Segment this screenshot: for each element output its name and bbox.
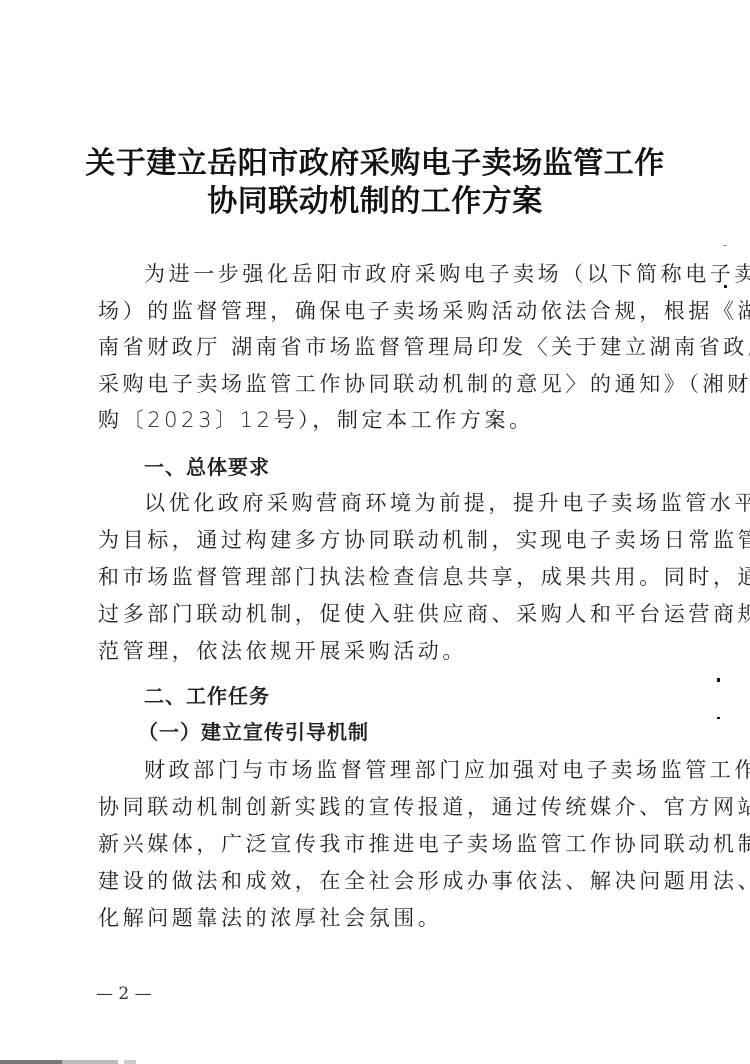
section-1-heading: 一、总体要求: [144, 451, 704, 480]
section-1-line-1: 以优化政府采购营商环境为前提，提升电子卖场监管水平: [144, 487, 704, 517]
section-2-heading: 二、工作任务: [144, 680, 704, 709]
subsection-1-heading: （一）建立宣传引导机制: [138, 716, 698, 745]
scan-mark: [724, 285, 727, 288]
intro-line-1: 为进一步强化岳阳市政府采购电子卖场（以下简称电子卖: [144, 258, 704, 288]
intro-line-3: 南省财政厅 湖南省市场监督管理局印发〈关于建立湖南省政府: [98, 331, 658, 361]
scan-edge-strip: [62, 1060, 118, 1064]
scan-mark: [723, 245, 727, 246]
subsection-1-line-2: 协同联动机制创新实践的宣传报道，通过传统媒介、官方网站、: [98, 791, 658, 821]
subsection-1-line-1: 财政部门与市场监督管理部门应加强对电子卖场监管工作: [144, 754, 704, 784]
section-1-line-3: 和市场监督管理部门执法检查信息共享，成果共用。同时，通: [98, 561, 658, 591]
page-number: — 2 —: [96, 984, 152, 1004]
intro-line-2: 场）的监督管理，确保电子卖场采购活动依法合规，根据《湖: [98, 295, 658, 325]
document-title-line-2: 协同联动机制的工作方案: [0, 176, 750, 220]
intro-line-4: 采购电子卖场监管工作协同联动机制的意见〉的通知》（湘财: [98, 368, 658, 398]
section-1-line-2: 为目标，通过构建多方协同联动机制，实现电子卖场日常监管: [98, 524, 658, 554]
scan-edge-strip: [124, 1060, 136, 1064]
scan-mark: [717, 717, 720, 719]
scan-mark: [717, 678, 720, 682]
subsection-1-line-5: 化解问题靠法的浓厚社会氛围。: [98, 902, 658, 932]
subsection-1-line-3: 新兴媒体，广泛宣传我市推进电子卖场监管工作协同联动机制: [98, 828, 658, 858]
section-1-line-5: 范管理，依法依规开展采购活动。: [98, 635, 658, 665]
section-1-line-4: 过多部门联动机制，促使入驻供应商、采购人和平台运营商规: [98, 598, 658, 628]
scan-edge-strip: [0, 1060, 62, 1064]
intro-line-5: 购〔2023〕12号），制定本工作方案。: [98, 404, 658, 434]
subsection-1-line-4: 建设的做法和成效，在全社会形成办事依法、解决问题用法、: [98, 865, 658, 895]
